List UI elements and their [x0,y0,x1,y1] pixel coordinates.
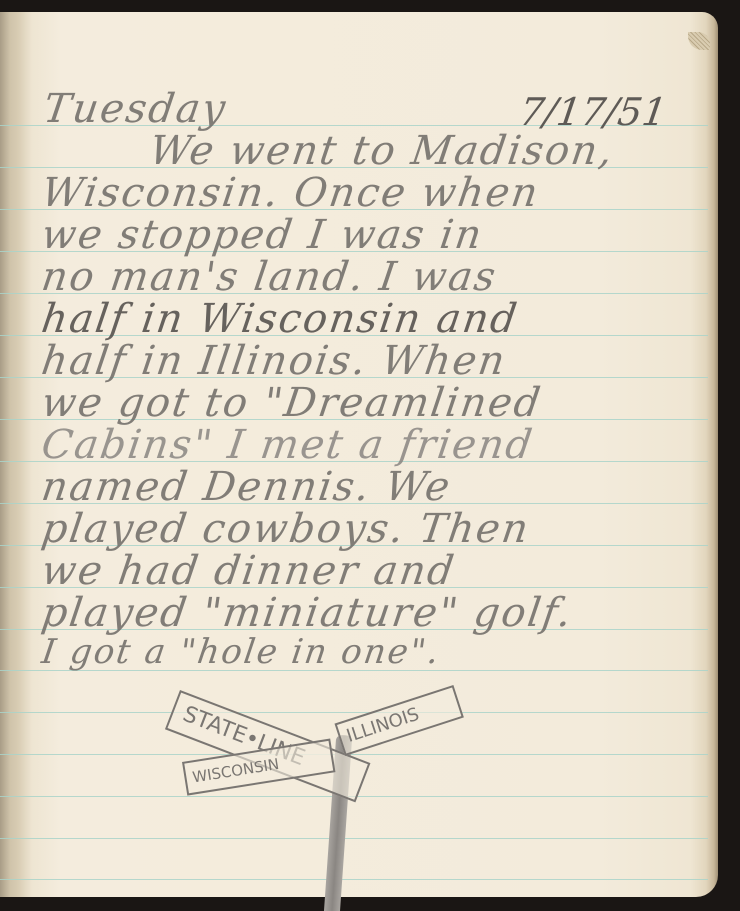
entry-line: played "miniature" golf. [39,590,576,636]
entry-line: no man's land. I was [39,254,500,300]
entry-line: we stopped I was in [39,212,486,258]
entry-line: Wisconsin. Once when [39,170,543,216]
curled-corner [688,32,710,50]
entry-line: Cabins" I met a friend [39,422,537,468]
entry-line: I got a "hole in one". [39,632,443,672]
entry-line: half in Illinois. When [39,338,510,384]
ruled-line [0,879,708,880]
entry-line: we got to "Dreamlined [39,380,545,426]
entry-line: played cowboys. Then [39,506,533,552]
ruled-line [0,754,708,755]
ruled-line [0,712,708,713]
entry-line: named Dennis. We [39,464,455,510]
entry-line: We went to Madison, [147,128,617,174]
day-heading: Tuesday [41,86,230,132]
ruled-line [0,838,708,839]
entry-line: half in Wisconsin and [39,296,522,342]
entry-line: we had dinner and [39,548,459,594]
